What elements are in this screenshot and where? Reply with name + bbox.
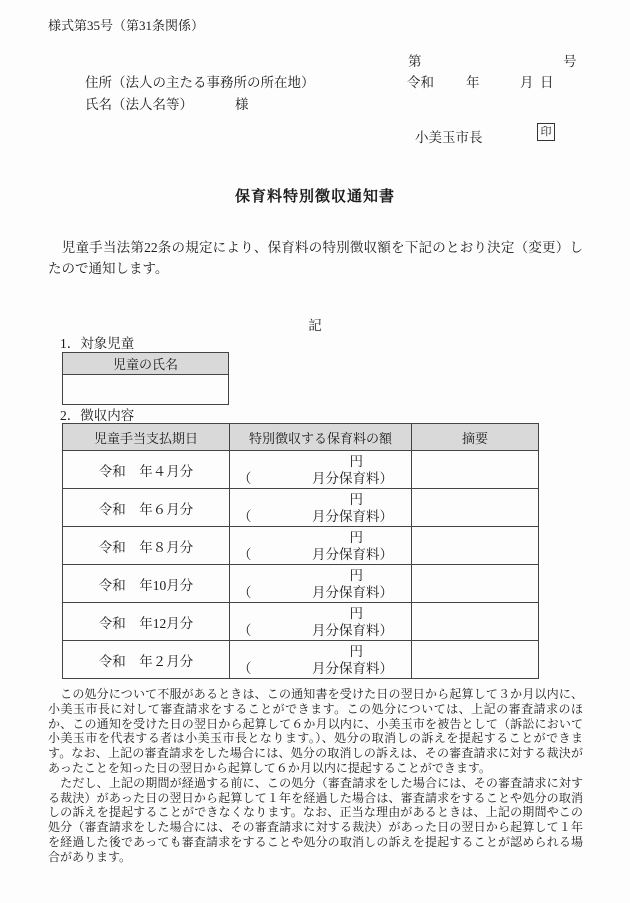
- doc-number-prefix: 第: [408, 50, 422, 70]
- yen-unit-label: 円: [230, 452, 411, 470]
- amount-cell: 円 （ 月分保育料）: [230, 489, 412, 527]
- remarks-header: 摘要: [412, 424, 539, 451]
- date-era-label: 令和: [407, 71, 434, 91]
- paren-open: （: [238, 622, 252, 639]
- table-row: 令和 年10月分 円 （ 月分保育料）: [63, 565, 539, 603]
- period-cell: 令和 年４月分: [63, 451, 230, 489]
- month-fee-label: 月分保育料）: [312, 660, 393, 677]
- section2-heading: 2．徴収内容: [60, 404, 134, 424]
- table-row: 令和 年６月分 円 （ 月分保育料）: [63, 489, 539, 527]
- paren-open: （: [238, 660, 252, 677]
- collection-amount-header: 特別徴収する保育料の額: [230, 424, 412, 451]
- child-name-header: 児童の氏名: [63, 353, 229, 375]
- target-children-table: 児童の氏名: [62, 352, 229, 405]
- month-fee-label: 月分保育料）: [312, 546, 393, 563]
- table-header-row: 児童手当支払期日 特別徴収する保育料の額 摘要: [63, 424, 539, 451]
- amount-cell: 円 （ 月分保育料）: [230, 527, 412, 565]
- section1-heading: 1．対象児童: [60, 332, 134, 352]
- remarks-cell: [412, 565, 539, 603]
- date-month-label: 月: [520, 71, 534, 91]
- month-fee-label: 月分保育料）: [312, 470, 393, 487]
- yen-unit-label: 円: [230, 566, 411, 584]
- remarks-cell: [412, 641, 539, 679]
- table-row: 令和 年８月分 円 （ 月分保育料）: [63, 527, 539, 565]
- month-fee-label: 月分保育料）: [312, 584, 393, 601]
- issuer-mayor-name: 小美玉市長: [415, 126, 483, 146]
- amount-cell: 円 （ 月分保育料）: [230, 565, 412, 603]
- paren-open: （: [238, 470, 252, 487]
- form-number: 様式第35号（第31条関係）: [48, 15, 204, 34]
- table-row: 令和 年４月分 円 （ 月分保育料）: [63, 451, 539, 489]
- remarks-cell: [412, 527, 539, 565]
- ki-marker: 記: [0, 314, 630, 334]
- period-cell: 令和 年６月分: [63, 489, 230, 527]
- yen-unit-label: 円: [230, 528, 411, 546]
- payment-date-header: 児童手当支払期日: [63, 424, 230, 451]
- paren-open: （: [238, 546, 252, 563]
- recipient-honorific: 様: [235, 93, 249, 113]
- document-title: 保育料特別徴収通知書: [0, 185, 630, 206]
- notice-document-page: 様式第35号（第31条関係） 第 号 令和 年 月 日 住所（法人の主たる事務所…: [0, 0, 630, 903]
- recipient-address-label: 住所（法人の主たる事務所の所在地）: [85, 71, 315, 91]
- month-fee-label: 月分保育料）: [312, 508, 393, 525]
- collection-schedule-table: 児童手当支払期日 特別徴収する保育料の額 摘要 令和 年４月分 円 （ 月分保育…: [62, 423, 539, 679]
- amount-cell: 円 （ 月分保育料）: [230, 603, 412, 641]
- period-cell: 令和 年10月分: [63, 565, 230, 603]
- appeal-paragraph-1: この処分について不服があるときは、この通知書を受けた日の翌日から起算して３か月以…: [48, 687, 583, 776]
- paren-open: （: [238, 584, 252, 601]
- doc-number-suffix: 号: [563, 50, 577, 70]
- recipient-name-label: 氏名（法人名等）: [85, 93, 193, 113]
- yen-unit-label: 円: [230, 490, 411, 508]
- period-cell: 令和 年２月分: [63, 641, 230, 679]
- child-name-value-cell: [63, 375, 229, 405]
- table-row: 令和 年12月分 円 （ 月分保育料）: [63, 603, 539, 641]
- appeal-rights-notice: この処分について不服があるときは、この通知書を受けた日の翌日から起算して３か月以…: [48, 687, 583, 865]
- yen-unit-label: 円: [230, 604, 411, 622]
- remarks-cell: [412, 603, 539, 641]
- appeal-paragraph-2: ただし、上記の期間が経過する前に、この処分（審査請求をした場合には、その審査請求…: [48, 776, 583, 865]
- yen-unit-label: 円: [230, 642, 411, 660]
- paren-open: （: [238, 508, 252, 525]
- amount-cell: 円 （ 月分保育料）: [230, 451, 412, 489]
- notification-body-paragraph: 児童手当法第22条の規定により、保育料の特別徴収額を下記のとおり決定（変更）した…: [48, 237, 583, 279]
- month-fee-label: 月分保育料）: [312, 622, 393, 639]
- remarks-cell: [412, 451, 539, 489]
- seal-placeholder-icon: 印: [537, 123, 555, 141]
- date-year-label: 年: [466, 71, 480, 91]
- period-cell: 令和 年12月分: [63, 603, 230, 641]
- date-day-label: 日: [540, 71, 554, 91]
- period-cell: 令和 年８月分: [63, 527, 230, 565]
- remarks-cell: [412, 489, 539, 527]
- amount-cell: 円 （ 月分保育料）: [230, 641, 412, 679]
- table-row: 令和 年２月分 円 （ 月分保育料）: [63, 641, 539, 679]
